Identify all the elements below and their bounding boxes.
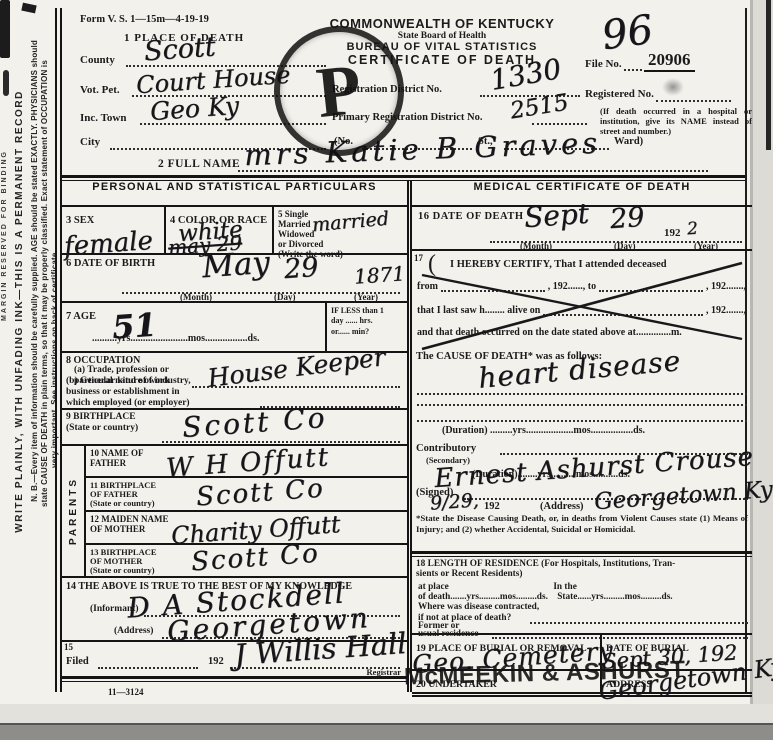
- scanned-death-certificate: MARGIN RESERVED FOR BINDING WRITE PLAINL…: [0, 0, 773, 740]
- duration-line2: (Duration)........yrs..........mos......…: [472, 469, 630, 480]
- sex-color-marital-row: 3 SEX female 4 COLOR OR RACE white may 2…: [62, 207, 407, 255]
- city-ward-label: Ward): [614, 136, 643, 147]
- file-no-blank-line: [624, 68, 642, 71]
- filed-number: 15: [64, 642, 73, 652]
- dod-day-handwritten: 29: [609, 202, 645, 235]
- age-label: 7 AGE: [66, 311, 96, 322]
- registration-district-blank-line: [480, 94, 580, 97]
- scan-bottom-band-dark: [0, 723, 773, 740]
- hospital-note: (If death occurred in a hospital or inst…: [600, 106, 752, 137]
- contributory-blank-line: [500, 452, 748, 455]
- occupation-row: 8 OCCUPATION (a) Trade, profession or pa…: [62, 353, 407, 410]
- birthplace-label: 9 BIRTHPLACE (State or country): [66, 412, 138, 434]
- left-column-title: PERSONAL AND STATISTICAL PARTICULARS: [62, 181, 407, 207]
- blank-line: [417, 403, 747, 406]
- city-blank-line: [110, 147, 326, 150]
- age-units-line: ..........yrs.......................mos.…: [92, 333, 260, 344]
- contributory-label: Contributory: [416, 443, 476, 454]
- father-name-label: 10 NAME OF FATHER: [90, 449, 403, 469]
- file-no-value: 20906: [644, 50, 695, 72]
- signed-label: (Signed): [416, 487, 453, 498]
- age-cell: 7 AGE 51 ..........yrs..................…: [62, 303, 325, 351]
- footnote-block: *State the Disease Causing Death, or, in…: [412, 511, 752, 551]
- date-of-birth-row: 6 DATE OF BIRTH May 29 1871 (Month) (Day…: [62, 255, 407, 303]
- residence-label: 18 LENGTH OF RESIDENCE (For Hospitals, I…: [416, 559, 675, 580]
- father-birthplace-label: 11 BIRTHPLACE OF FATHER (State or countr…: [90, 481, 403, 508]
- place-of-death-heading: 1 PLACE OF DEATH: [124, 32, 244, 44]
- dod-year-printed: 192: [664, 227, 681, 239]
- date-of-burial-label: DATE OF BURIAL: [606, 643, 689, 654]
- certificate-form: Form V. S. 1—15m—4-19-19 1 PLACE OF DEAT…: [55, 8, 747, 692]
- personal-particulars-column: PERSONAL AND STATISTICAL PARTICULARS 3 S…: [62, 181, 407, 692]
- medical-certificate-column: MEDICAL CERTIFICATE OF DEATH 16 DATE OF …: [407, 181, 752, 692]
- month-caption: (Month): [180, 292, 212, 302]
- sex-cell: 3 SEX female: [62, 207, 164, 253]
- occupation-b-blank-line: [260, 405, 400, 408]
- secondary-caption: (Secondary): [426, 455, 470, 465]
- margin-binding-text: MARGIN RESERVED FOR BINDING: [1, 150, 8, 321]
- date-of-death-label: 16 DATE OF DEATH: [418, 211, 524, 222]
- form-header: Form V. S. 1—15m—4-19-19 1 PLACE OF DEAT…: [62, 8, 752, 175]
- informant-blank-line: [144, 614, 400, 617]
- sex-label: 3 SEX: [66, 215, 94, 226]
- form-code: 11—3124: [108, 687, 144, 697]
- mother-birthplace-row: 13 BIRTHPLACE OF MOTHER (State or countr…: [86, 545, 407, 576]
- dod-day-caption: (Day): [614, 241, 636, 251]
- contributory-block: (Duration) .........yrs.................…: [412, 399, 752, 511]
- strike-x-mark: [420, 261, 744, 353]
- affirmation-label: 14 THE ABOVE IS TRUE TO THE BEST OF MY K…: [66, 581, 352, 592]
- stamp-letter: P: [313, 47, 365, 134]
- scan-artifact: [0, 0, 10, 58]
- residence-line3: Where was disease contracted,: [418, 602, 539, 612]
- registered-no-label: Registered No.: [585, 88, 654, 100]
- cause-footnote: *State the Disease Causing Death, or, in…: [416, 513, 748, 535]
- father-name-row: 10 NAME OF FATHER W H Offutt: [86, 446, 407, 478]
- mother-name-row: 12 MAIDEN NAME OF MOTHER Charity Offutt: [86, 512, 407, 545]
- parents-fields: 10 NAME OF FATHER W H Offutt 11 BIRTHPLA…: [86, 446, 407, 576]
- informant-label: (Informant): [90, 604, 139, 614]
- color-race-label: 4 COLOR OR RACE: [170, 215, 267, 226]
- full-name-blank-line: [238, 169, 708, 172]
- cause-blank-line: [417, 392, 747, 395]
- full-name-label: 2 FULL NAME: [158, 158, 240, 170]
- right-column-title: MEDICAL CERTIFICATE OF DEATH: [412, 181, 752, 207]
- blank-line: [417, 419, 747, 422]
- father-birthplace-row: 11 BIRTHPLACE OF FATHER (State or countr…: [86, 478, 407, 512]
- color-race-cell: 4 COLOR OR RACE white may 29: [164, 207, 272, 253]
- file-no-label: File No.: [585, 58, 622, 70]
- age-row: 7 AGE 51 ..........yrs..................…: [62, 303, 407, 353]
- duration-line1: (Duration) .........yrs.................…: [442, 425, 645, 436]
- residence-line1: at place In the: [418, 582, 577, 592]
- residence-block: 18 LENGTH OF RESIDENCE (For Hospitals, I…: [412, 557, 752, 635]
- dod-year-caption: (Year): [694, 241, 718, 251]
- filed-row: 15 Filed 192 J Willis Hall Registrar: [62, 642, 407, 676]
- certify-block: 17 ( I HEREBY CERTIFY, That I attended d…: [412, 251, 752, 399]
- dob-year-handwritten: 1871: [353, 261, 405, 288]
- parents-block: PARENTS 10 NAME OF FATHER W H Offutt 11 …: [62, 446, 407, 578]
- date-of-birth-label: 6 DATE OF BIRTH: [66, 258, 155, 269]
- parents-vertical-label-cell: PARENTS: [62, 446, 86, 576]
- day-caption: (Day): [274, 292, 296, 302]
- informant-address-handwritten: Georgetown: [166, 601, 372, 648]
- margin-note-line2: state CAUSE OF DEATH in plain terms, so …: [40, 60, 49, 507]
- residence-blank-line: [530, 621, 748, 624]
- mother-birthplace-label: 13 BIRTHPLACE OF MOTHER (State or countr…: [90, 548, 403, 575]
- informant-address-label: (Address): [114, 626, 153, 636]
- form-code-row: 11—3124: [62, 682, 407, 698]
- dod-month-caption: (Month): [520, 241, 552, 251]
- year-caption: (Year): [354, 292, 378, 302]
- dob-day-handwritten: 29: [283, 252, 319, 285]
- voting-precinct-label: Vot. Pet.: [80, 84, 120, 96]
- occupation-b-label: (b) General nature of industry, business…: [66, 376, 256, 409]
- form-number: Form V. S. 1—15m—4-19-19: [80, 14, 209, 25]
- informant-address-blank-line: [162, 636, 400, 639]
- residence-line2: of death.......yrs.........mos.........d…: [418, 592, 673, 602]
- city-no-blank-line: [362, 147, 472, 150]
- city-st-blank-line: [504, 147, 609, 150]
- scan-artifact: [3, 70, 9, 96]
- date-of-death-row: 16 DATE OF DEATH Sept 29 192 2 (Month) (…: [412, 207, 752, 251]
- margin-note-line1: N. B.—Every item of information should b…: [30, 40, 39, 502]
- birthplace-blank-line: [162, 440, 400, 443]
- county-label: County: [80, 54, 115, 66]
- filed-date-blank: [98, 666, 198, 669]
- city-st-label: St.,: [478, 136, 493, 147]
- place-of-burial-label: 19 PLACE OF BURIAL OR REMOVAL: [416, 643, 587, 654]
- ink-smudge: [662, 78, 684, 96]
- signed-address-handwritten: Georgetown Ky: [593, 477, 773, 515]
- scan-artifact: [21, 3, 36, 14]
- parents-label: PARENTS: [68, 477, 79, 545]
- filed-label: Filed: [66, 656, 89, 667]
- registered-no-blank-line: [656, 99, 731, 102]
- inc-town-label: Inc. Town: [80, 112, 126, 124]
- physician-signature-handwritten: Ernest Ashurst Crouse: [433, 442, 754, 494]
- primary-registration-blank-line: [532, 122, 587, 125]
- scan-artifact: [766, 0, 771, 150]
- informant-block: 14 THE ABOVE IS TRUE TO THE BEST OF MY K…: [62, 578, 407, 642]
- margin-write-plainly-text: WRITE PLAINLY, WITH UNFADING INK—THIS IS…: [14, 90, 25, 533]
- filed-year-printed: 192: [208, 656, 224, 667]
- mother-name-label: 12 MAIDEN NAME OF MOTHER: [90, 515, 403, 535]
- signed-blank-line: [464, 497, 748, 500]
- dod-year-handwritten: 2: [686, 219, 698, 240]
- birthplace-row: 9 BIRTHPLACE (State or country) Scott Co: [62, 410, 407, 446]
- city-label: City: [80, 136, 100, 148]
- if-less-than-day-cell: IF LESS than 1 day ...... hrs. or...... …: [325, 303, 407, 351]
- marital-status-cell: 5 Single Married Widowed or Divorced (Wr…: [272, 207, 407, 253]
